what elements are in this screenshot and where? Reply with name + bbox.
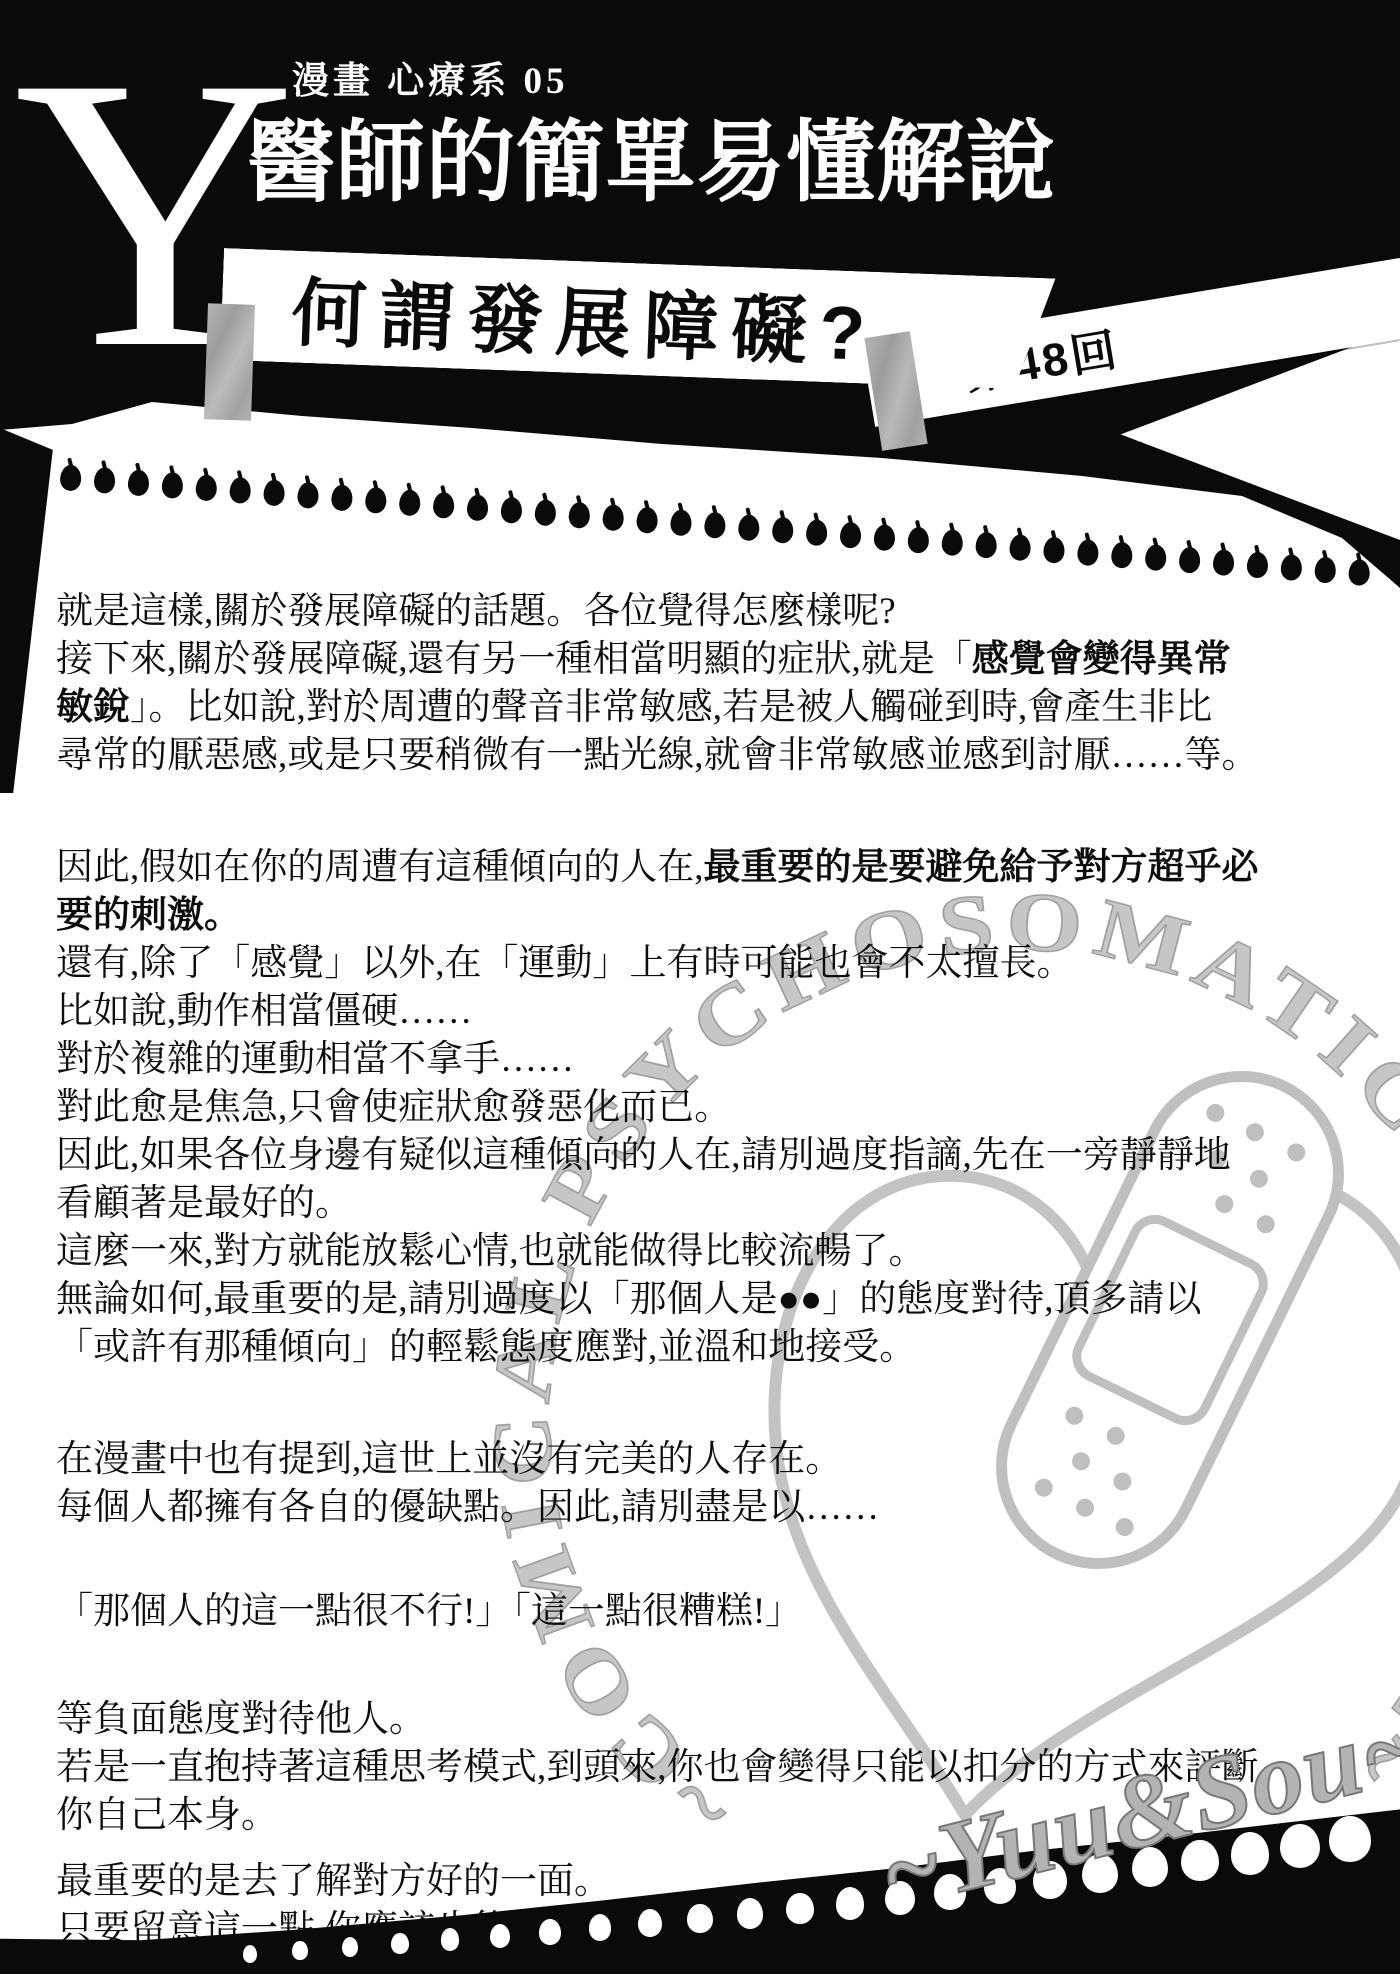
film-dot: [29, 452, 49, 489]
body-line: 接下來,關於發展障礙,還有另一種相當明顯的症狀,就是「感覺會變得異常: [56, 636, 1386, 684]
body-line: 「那個人的這一點很不行!」「這一點很糟糕!」: [56, 1588, 1386, 1636]
film-dot: [687, 1904, 712, 1933]
film-dot: [1009, 534, 1032, 561]
film-dot: [907, 526, 930, 553]
film-dot: [243, 1945, 257, 1963]
film-dot: [839, 521, 862, 548]
film-dot: [771, 516, 794, 543]
film-dot: [1077, 539, 1100, 566]
film-dot: [398, 489, 421, 516]
film-dot: [941, 529, 964, 556]
film-dot: [1144, 544, 1167, 571]
topic-title: 何謂發展障礙?: [290, 253, 880, 381]
film-dot: [500, 497, 523, 524]
body-line: 對此愈是焦急,只會使症狀愈發惡化而已。: [56, 1084, 1386, 1132]
body-line: 對於複雜的運動相當不拿手……: [56, 1036, 1386, 1084]
body-line: 「或許有那種傾向」的輕鬆態度應對,並溫和地接受。: [56, 1324, 1386, 1372]
film-dot: [441, 1928, 460, 1951]
film-dot: [297, 482, 320, 509]
film-dot: [805, 519, 828, 546]
film-dot: [636, 507, 659, 534]
tape-icon: [204, 303, 255, 421]
body-line: 在漫畫中也有提到,這世上並沒有完美的人存在。: [56, 1436, 1386, 1484]
film-dot: [737, 514, 760, 541]
body-line: 因此,假如在你的周遭有這種傾向的人在,最重要的是要避免給予對方超乎必: [56, 844, 1386, 892]
film-dot: [1110, 541, 1133, 568]
film-dot: [737, 1898, 763, 1928]
film-dot: [1212, 549, 1235, 576]
film-dot: [490, 1924, 510, 1948]
body-line: 每個人都擁有各自的優缺點。因此,請別盡是以……: [56, 1484, 1386, 1532]
film-dot: [670, 509, 693, 536]
film-dot: [195, 474, 218, 501]
film-dot: [364, 487, 387, 514]
body-line: 因此,如果各位身邊有疑似這種傾向的人在,請別過度指謫,先在一旁靜靜地: [56, 1132, 1386, 1180]
body-line: 尋常的厭惡感,或是只要稍微有一點光線,就會非常敏感並感到討厭……等。: [56, 732, 1386, 780]
body-line: 這麼一來,對方就能放鬆心情,也就能做得比較流暢了。: [56, 1228, 1386, 1276]
film-dot: [1178, 546, 1201, 573]
film-dot: [873, 524, 896, 551]
page-title: 醫師的簡單易懂解說: [246, 92, 1056, 219]
film-dot: [1246, 551, 1269, 578]
film-dot: [1348, 559, 1371, 586]
film-dot: [1280, 554, 1303, 581]
film-dot: [161, 472, 184, 499]
film-dot: [342, 1937, 358, 1957]
film-dot: [432, 492, 455, 519]
body-line: 等負面態度對待他人。: [56, 1696, 1386, 1744]
film-dot: [975, 531, 998, 558]
film-dot: [534, 499, 557, 526]
film-dot: [568, 502, 591, 529]
body-line: 敏銳」。比如說,對於周遭的聲音非常敏感,若是被人觸碰到時,會產生非比: [56, 684, 1386, 732]
film-dot: [391, 1933, 409, 1955]
film-dot: [229, 477, 252, 504]
film-dot: [93, 467, 116, 494]
film-dot: [466, 494, 489, 521]
body-line: 看顧著是最好的。: [56, 1180, 1386, 1228]
film-dot: [704, 511, 727, 538]
film-dot: [786, 1893, 814, 1925]
manga-column-page: ~COMICAL PSYCHOSOMATIC MEDICINE~ 就是這樣,關於…: [0, 0, 1400, 1974]
film-dot: [1043, 536, 1066, 563]
film-dot: [263, 479, 286, 506]
film-dot: [292, 1941, 307, 1960]
film-dot: [127, 469, 150, 496]
film-dot: [638, 1909, 662, 1937]
film-dot: [539, 1919, 560, 1944]
film-dot: [836, 1887, 865, 1920]
body-line: 還有,除了「感覺」以外,在「運動」上有時可能也會不太擅長。: [56, 940, 1386, 988]
film-dot: [59, 464, 82, 491]
film-dot: [1314, 556, 1337, 583]
film-dot: [602, 504, 625, 531]
body-line: 無論如何,最重要的是,請別過度以「那個人是●●」的態度對待,頂多請以: [56, 1276, 1386, 1324]
body-line: 就是這樣,關於發展障礙的話題。各位覺得怎麼樣呢?: [56, 588, 1386, 636]
film-dot: [331, 484, 354, 511]
body-line: 比如說,動作相當僵硬……: [56, 988, 1386, 1036]
body-line: 要的刺激。: [56, 892, 1386, 940]
film-dot: [589, 1914, 612, 1941]
